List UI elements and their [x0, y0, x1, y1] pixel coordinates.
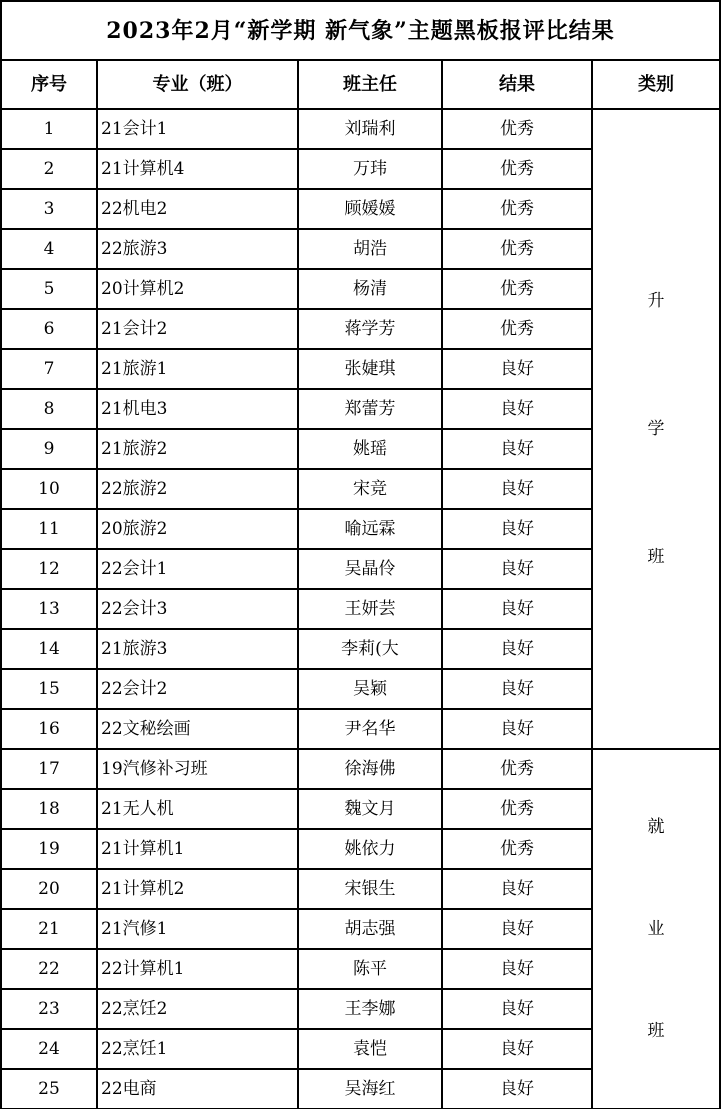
col-header-class: 专业（班） [98, 61, 297, 108]
cell-class-name: 21计算机1 [98, 830, 297, 868]
cell-teacher: 顾媛媛 [299, 190, 441, 228]
cell-result: 良好 [443, 870, 591, 908]
cell-index: 15 [2, 670, 96, 708]
cell-class-name: 21汽修1 [98, 910, 297, 948]
cell-result: 良好 [443, 910, 591, 948]
cell-index: 7 [2, 350, 96, 388]
blackboard-report-results-table: 2023年2月“新学期 新气象”主题黑板报评比结果 序号 专业（班） 班主任 结… [0, 0, 721, 1109]
cell-index: 6 [2, 310, 96, 348]
table-title: 2023年2月“新学期 新气象”主题黑板报评比结果 [2, 2, 719, 59]
cell-result: 良好 [443, 350, 591, 388]
category-employment-class: 就业班 [593, 750, 719, 1108]
cell-class-name: 21无人机 [98, 790, 297, 828]
cell-class-name: 22会计1 [98, 550, 297, 588]
cell-result: 优秀 [443, 230, 591, 268]
col-header-category: 类别 [593, 61, 719, 108]
cell-index: 11 [2, 510, 96, 548]
cell-teacher: 杨清 [299, 270, 441, 308]
cell-class-name: 19汽修补习班 [98, 750, 297, 788]
cell-class-name: 21会计2 [98, 310, 297, 348]
cell-teacher: 宋竞 [299, 470, 441, 508]
cell-index: 20 [2, 870, 96, 908]
cell-teacher: 吴海红 [299, 1070, 441, 1108]
cell-index: 9 [2, 430, 96, 468]
cell-teacher: 王妍芸 [299, 590, 441, 628]
cell-class-name: 21会计1 [98, 110, 297, 148]
cell-teacher: 胡浩 [299, 230, 441, 268]
cell-class-name: 20旅游2 [98, 510, 297, 548]
cell-result: 良好 [443, 590, 591, 628]
col-header-result: 结果 [443, 61, 591, 108]
col-header-index: 序号 [2, 61, 96, 108]
cell-index: 13 [2, 590, 96, 628]
cell-class-name: 22计算机1 [98, 950, 297, 988]
cell-index: 4 [2, 230, 96, 268]
cell-teacher: 喻远霖 [299, 510, 441, 548]
cell-teacher: 姚依力 [299, 830, 441, 868]
cell-teacher: 袁恺 [299, 1030, 441, 1068]
cell-index: 25 [2, 1070, 96, 1108]
cell-teacher: 魏文月 [299, 790, 441, 828]
cell-teacher: 徐海佛 [299, 750, 441, 788]
cell-class-name: 21旅游3 [98, 630, 297, 668]
cell-teacher: 陈平 [299, 950, 441, 988]
cell-index: 21 [2, 910, 96, 948]
cell-result: 优秀 [443, 110, 591, 148]
cell-result: 优秀 [443, 150, 591, 188]
cell-result: 良好 [443, 1030, 591, 1068]
cell-teacher: 蒋学芳 [299, 310, 441, 348]
cell-index: 1 [2, 110, 96, 148]
cell-class-name: 22文秘绘画 [98, 710, 297, 748]
cell-index: 22 [2, 950, 96, 988]
cell-index: 24 [2, 1030, 96, 1068]
cell-class-name: 22机电2 [98, 190, 297, 228]
cell-result: 良好 [443, 950, 591, 988]
category-promotion-class: 升学班 [593, 110, 719, 748]
cell-teacher: 姚瑶 [299, 430, 441, 468]
cell-teacher: 胡志强 [299, 910, 441, 948]
cell-result: 优秀 [443, 270, 591, 308]
cell-result: 优秀 [443, 830, 591, 868]
cell-class-name: 22会计2 [98, 670, 297, 708]
cell-teacher: 李莉(大 [299, 630, 441, 668]
cell-class-name: 20计算机2 [98, 270, 297, 308]
cell-index: 3 [2, 190, 96, 228]
cell-result: 优秀 [443, 190, 591, 228]
cell-result: 良好 [443, 430, 591, 468]
cell-result: 良好 [443, 990, 591, 1028]
cell-teacher: 张婕琪 [299, 350, 441, 388]
cell-teacher: 吴颖 [299, 670, 441, 708]
cell-class-name: 22烹饪1 [98, 1030, 297, 1068]
cell-class-name: 22会计3 [98, 590, 297, 628]
cell-result: 优秀 [443, 310, 591, 348]
cell-result: 良好 [443, 390, 591, 428]
col-header-teacher: 班主任 [299, 61, 441, 108]
cell-teacher: 尹名华 [299, 710, 441, 748]
cell-class-name: 21旅游1 [98, 350, 297, 388]
cell-class-name: 21计算机2 [98, 870, 297, 908]
cell-result: 良好 [443, 470, 591, 508]
cell-index: 17 [2, 750, 96, 788]
cell-index: 23 [2, 990, 96, 1028]
cell-result: 良好 [443, 550, 591, 588]
cell-class-name: 22旅游3 [98, 230, 297, 268]
cell-index: 14 [2, 630, 96, 668]
cell-result: 优秀 [443, 790, 591, 828]
cell-index: 18 [2, 790, 96, 828]
cell-index: 5 [2, 270, 96, 308]
cell-index: 10 [2, 470, 96, 508]
cell-index: 8 [2, 390, 96, 428]
cell-result: 良好 [443, 710, 591, 748]
cell-teacher: 郑蕾芳 [299, 390, 441, 428]
cell-result: 良好 [443, 1070, 591, 1108]
cell-teacher: 刘瑞利 [299, 110, 441, 148]
cell-class-name: 22旅游2 [98, 470, 297, 508]
cell-index: 19 [2, 830, 96, 868]
cell-teacher: 吴晶伶 [299, 550, 441, 588]
cell-index: 12 [2, 550, 96, 588]
cell-index: 16 [2, 710, 96, 748]
cell-index: 2 [2, 150, 96, 188]
cell-result: 优秀 [443, 750, 591, 788]
cell-teacher: 王李娜 [299, 990, 441, 1028]
cell-class-name: 21机电3 [98, 390, 297, 428]
cell-teacher: 万玮 [299, 150, 441, 188]
cell-result: 良好 [443, 630, 591, 668]
cell-class-name: 21旅游2 [98, 430, 297, 468]
cell-result: 良好 [443, 670, 591, 708]
cell-class-name: 22烹饪2 [98, 990, 297, 1028]
cell-class-name: 22电商 [98, 1070, 297, 1108]
cell-result: 良好 [443, 510, 591, 548]
cell-teacher: 宋银生 [299, 870, 441, 908]
cell-class-name: 21计算机4 [98, 150, 297, 188]
